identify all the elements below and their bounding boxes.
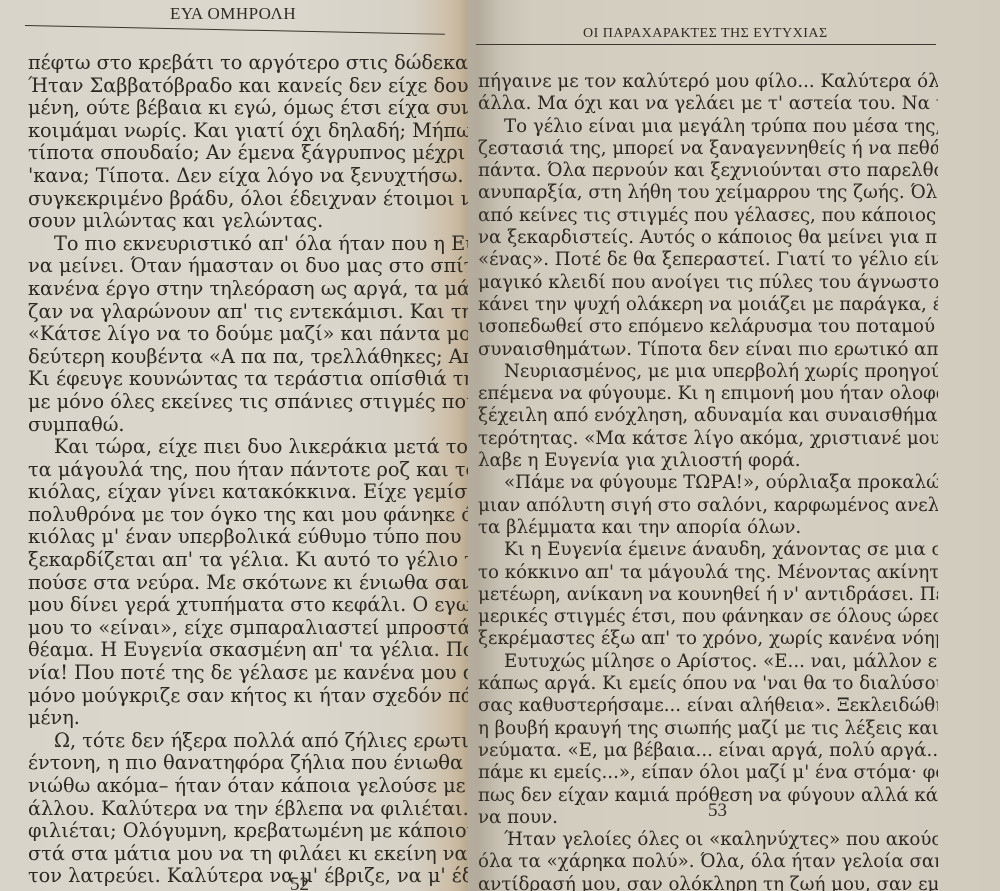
text-line: κιόλας μ' έναν υπερβολικά εύθυμο τύπο πο…: [28, 526, 468, 549]
left-page: ΕΥΑ ΟΜΗΡΟΛΗ πέφτω στο κρεβάτι το αργότερ…: [0, 0, 468, 891]
text-line: να ξεκαρδιστείς. Αυτός ο κάποιος θα μείν…: [478, 227, 938, 249]
text-line: ξεκαρδίζεται απ' τα γέλια. Κι αυτό το γέ…: [28, 549, 468, 572]
text-line: πάντα. Όλα περνούν και ξεχνιούνται στο π…: [478, 160, 938, 182]
text-line: τα βλέμματα και την απορία όλων.: [478, 517, 938, 539]
text-line: η βουβή κραυγή της σιωπής μαζί με τις λέ…: [478, 718, 938, 740]
text-line: Ω, τότε δεν ήξερα πολλά από ζήλιες ερωτι…: [28, 730, 468, 753]
text-line: μαγικό κλειδί που ανοίγει τις πύλες του …: [478, 272, 938, 294]
text-line: ανυπαρξία, στη λήθη του χείμαρρου της ζω…: [478, 182, 938, 204]
text-line: νία! Που ποτέ της δε γέλασε με κανένα μο…: [28, 662, 468, 685]
text-line: από κείνες τις στιγμές που γέλασες, που …: [478, 205, 938, 227]
left-page-body-text: πέφτω στο κρεβάτι το αργότερο στις δώδεκ…: [28, 52, 468, 888]
text-line: Το πιο εκνευριστικό απ' όλα ήταν που η Ε…: [28, 233, 468, 256]
right-page: ΟΙ ΠΑΡΑΧΑΡΑΚΤΕΣ ΤΗΣ ΕΥΤΥΧΙΑΣ πήγαινε με …: [468, 0, 1000, 891]
text-line: θέαμα. Η Ευγενία σκασμένη απ' τα γέλια. …: [28, 639, 468, 662]
text-line: μετέωρη, ανίκανη να κουνηθεί ή ν' αντιδρ…: [478, 584, 938, 606]
text-line: άλλα. Μα όχι και να γελάει με τ' αστεία …: [478, 93, 938, 115]
text-line: συναισθημάτων. Τίποτα δεν είναι πιο ερωτ…: [478, 339, 938, 361]
text-line: επέμενα να φύγουμε. Κι η επιμονή μου ήτα…: [478, 383, 938, 405]
text-line: να μείνει. Όταν ήμασταν οι δυο μας στο σ…: [28, 255, 468, 278]
text-line: Και τώρα, είχε πιει δυο λικεράκια μετά τ…: [28, 436, 468, 459]
text-line: συγκεκριμένο βράδυ, όλοι έδειχναν έτοιμο…: [28, 188, 468, 211]
text-line: άλλου. Καλύτερα να την έβλεπα να φιλιέτα…: [28, 798, 468, 821]
page-number: 53: [708, 800, 727, 822]
text-line: μου δίνει γερά χτυπήματα στο κεφάλι. Ο ε…: [28, 594, 468, 617]
text-line: μιαν απόλυτη σιγή στο σαλόνι, καρφωμένος…: [478, 495, 938, 517]
text-line: με μόνο όλες εκείνες τις σπάνιες στιγμές…: [28, 391, 468, 414]
running-head-author: ΕΥΑ ΟΜΗΡΟΛΗ: [170, 4, 296, 24]
text-line: Ήταν Σαββατόβραδο και κανείς δεν είχε δο…: [28, 75, 468, 98]
text-line: έντονη, η πιο θανατηφόρα ζήλια που ένιωθ…: [28, 752, 468, 775]
book-spread: ΕΥΑ ΟΜΗΡΟΛΗ πέφτω στο κρεβάτι το αργότερ…: [0, 0, 1000, 891]
running-head-title: ΟΙ ΠΑΡΑΧΑΡΑΚΤΕΣ ΤΗΣ ΕΥΤΥΧΙΑΣ: [583, 26, 828, 42]
text-line: δεύτερη κουβέντα «Α πα πα, τρελλάθηκες; …: [28, 346, 468, 369]
text-line: λαβε η Ευγενία για χιλιοστή φορά.: [478, 450, 938, 472]
text-line: ζαν να γλαρώνουν απ' τις εντεκάμισι. Και…: [28, 301, 468, 324]
text-line: κάνει την ψυχή ολάκερη να μοιάζει με παρ…: [478, 294, 938, 316]
text-line: Κι έφευγε κουνώντας τα τεράστια οπίσθιά …: [28, 368, 468, 391]
text-line: αντίδρασή μου, σαν ολόκληρη τη ζωή μου, …: [478, 874, 938, 891]
text-line: το κόκκινο απ' τα μάγουλά της. Μένοντας …: [478, 562, 938, 584]
text-line: νιώθω ακόμα– ήταν όταν κάποια γελούσε με…: [28, 775, 468, 798]
text-line: όλα τα «χάρηκα πολύ». Όλα, όλα ήταν γελο…: [478, 851, 938, 873]
text-line: «Κάτσε λίγο να το δούμε μαζί» και πάντα …: [28, 323, 468, 346]
text-line: «ένας». Ποτέ δε θα ξεπεραστεί. Γιατί το …: [478, 249, 938, 271]
text-line: «Πάμε να φύγουμε ΤΩΡΑ!», ούρλιαξα προκαλ…: [478, 472, 938, 494]
text-line: πούσε στα νεύρα. Με σκότωνε κι ένιωθα σα…: [28, 572, 468, 595]
text-line: τερότητας. «Μα κάτσε λίγο ακόμα, χριστια…: [478, 428, 938, 450]
text-line: νεύματα. «Ε, μα βέβαια... είναι αργά, πο…: [478, 740, 938, 762]
text-line: σουν μιλώντας και γελώντας.: [28, 210, 468, 233]
text-line: ζεστασιά της, μπορεί να ξαναγεννηθείς ή …: [478, 138, 938, 160]
text-line: 'κανα; Τίποτα. Δεν είχα λόγο να ξενυχτήσ…: [28, 165, 468, 188]
text-line: τίποτα σπουδαίο; Αν έμενα ξάγρυπνος μέχρ…: [28, 142, 468, 165]
text-line: πήγαινε με τον καλύτερό μου φίλο... Καλύ…: [478, 71, 938, 93]
text-line: σας καθυστερήσαμε... είναι αλήθεια». Ξεκ…: [478, 695, 938, 717]
text-line: τα μάγουλά της, που ήταν πάντοτε ροζ και…: [28, 459, 468, 482]
header-rule: [476, 44, 936, 45]
text-line: κοιμάμαι νωρίς. Και γιατί όχι δηλαδή; Μή…: [28, 120, 468, 143]
text-line: μόνο μούγκριζε σαν κήτος κι ήταν σχεδόν …: [28, 685, 468, 708]
text-line: μένη, ούτε βέβαια κι εγώ, όμως έτσι είχα…: [28, 97, 468, 120]
right-page-body-text: πήγαινε με τον καλύτερό μου φίλο... Καλύ…: [478, 71, 938, 891]
header-rule: [25, 25, 445, 35]
text-line: ξεκρέμαστες έξω απ' το χρόνο, χωρίς κανέ…: [478, 628, 938, 650]
text-line: στά στα μάτια μου να τη φιλάει κι εκείνη…: [28, 843, 468, 866]
text-line: Κι η Ευγενία έμεινε άναυδη, χάνοντας σε …: [478, 539, 938, 561]
text-line: μένη.: [28, 707, 468, 730]
text-line: κανένα έργο στην τηλεόραση ως αργά, τα μ…: [28, 278, 468, 301]
text-line: Το γέλιο είναι μια μεγάλη τρύπα που μέσα…: [478, 116, 938, 138]
text-line: Ευτυχώς μίλησε ο Αρίστος. «Ε... ναι, μάλ…: [478, 651, 938, 673]
text-line: πέφτω στο κρεβάτι το αργότερο στις δώδεκ…: [28, 52, 468, 75]
text-line: πολυθρόνα με τον όγκο της και μου φάνηκε…: [28, 504, 468, 527]
text-line: κάπως αργά. Κι εμείς όπου να 'ναι θα το …: [478, 673, 938, 695]
text-line: ξέχειλη από ενόχληση, αδυναμία και συναι…: [478, 405, 938, 427]
text-line: πάμε κι εμείς...», είπαν όλοι μαζί μ' έν…: [478, 762, 938, 784]
text-line: μου το «είναι», είχε σμπαραλιαστεί μπροσ…: [28, 617, 468, 640]
text-line: συμπαθώ.: [28, 414, 468, 437]
page-number: 52: [290, 874, 309, 891]
text-line: ισοπεδωθεί στο επόμενο κελάρυσμα του ποτ…: [478, 316, 938, 338]
text-line: τον λατρεύει. Καλύτερα να μ' έβριζε, να …: [28, 865, 468, 888]
text-line: φιλιέται; Ολόγυμνη, κρεβατωμένη με κάποι…: [28, 820, 468, 843]
text-line: μερικές στιγμές έτσι, που φάνηκαν σε όλο…: [478, 606, 938, 628]
text-line: Ήταν γελοίες όλες οι «καληνύχτες» που ακ…: [478, 829, 938, 851]
text-line: Νευριασμένος, με μια υπερβολή χωρίς προη…: [478, 361, 938, 383]
text-line: κιόλας, είχαν γίνει κατακόκκινα. Είχε γε…: [28, 481, 468, 504]
